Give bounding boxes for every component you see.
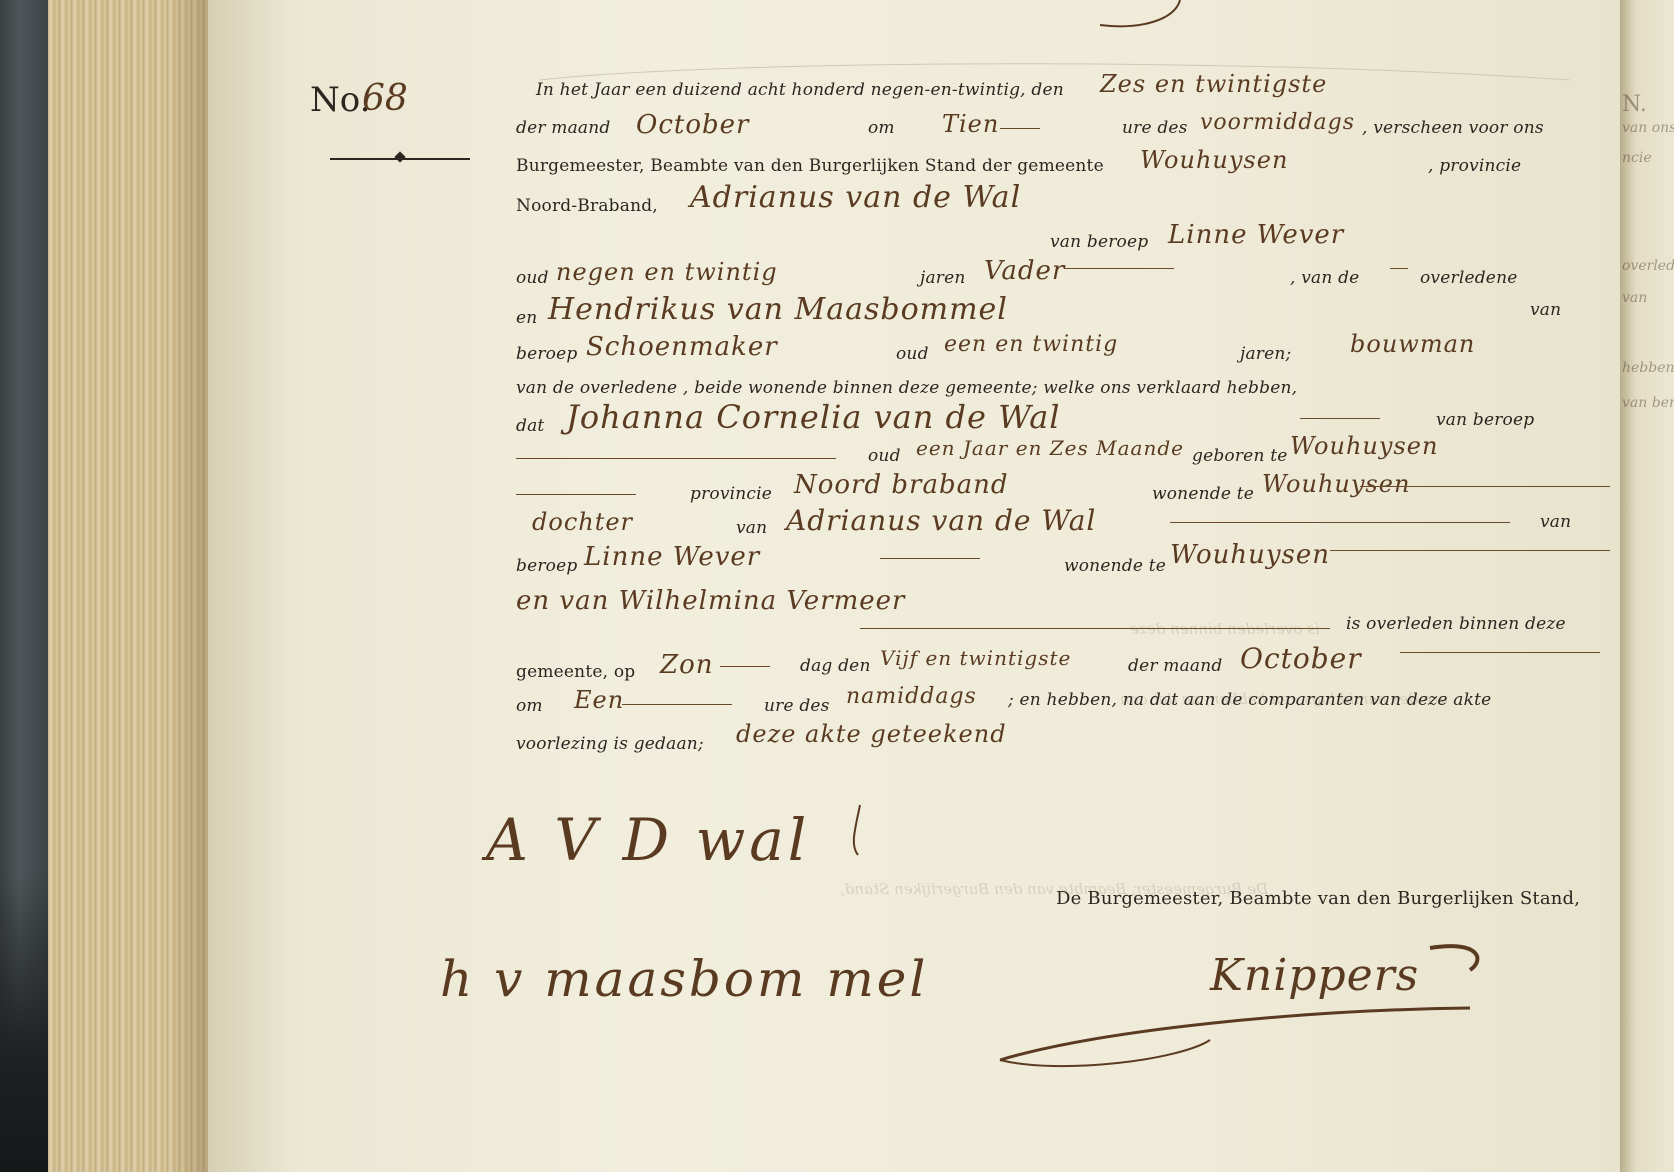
signature-flourishes xyxy=(0,0,1674,1172)
